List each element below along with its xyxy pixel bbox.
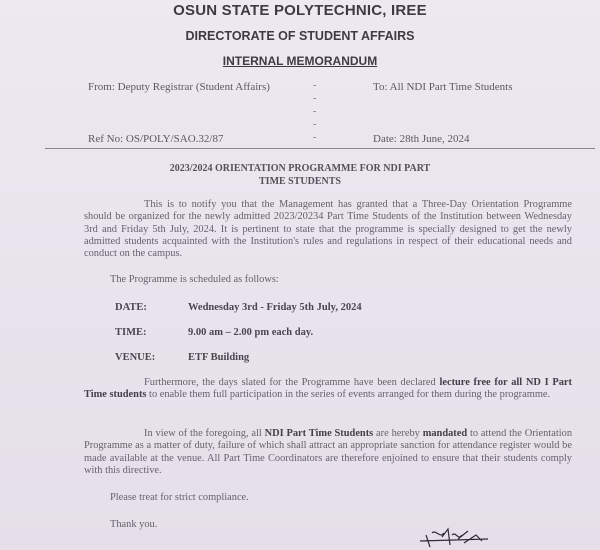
schedule-intro: The Programme is scheduled as follows: — [110, 274, 279, 285]
memo-ref: Ref No: OS/POLY/SAO.32/87 — [88, 133, 224, 145]
intro-paragraph: This is to notify you that the Managemen… — [84, 199, 572, 260]
memo-title: 2023/2024 ORIENTATION PROGRAMME FOR NDI … — [150, 162, 450, 188]
separator-dash: - — [313, 119, 316, 130]
memo-date: Date: 28th June, 2024 — [373, 133, 470, 145]
schedule-date-label: DATE: — [115, 302, 147, 313]
closing-thanks: Thank you. — [110, 519, 157, 530]
memo-title-line1: 2023/2024 ORIENTATION PROGRAMME FOR NDI … — [150, 162, 450, 175]
furthermore-paragraph: Furthermore, the days slated for the Pro… — [84, 377, 572, 402]
institution-name: OSUN STATE POLYTECHNIC, IREE — [0, 2, 600, 19]
schedule-time-value: 9.00 am – 2.00 pm each day. — [188, 327, 313, 338]
separator-dash: - — [313, 132, 316, 143]
header-divider — [45, 148, 595, 149]
separator-dash: - — [313, 80, 316, 91]
separator-dash: - — [313, 93, 316, 104]
schedule-venue-label: VENUE: — [115, 352, 155, 363]
directorate-name: DIRECTORATE OF STUDENT AFFAIRS — [0, 29, 600, 43]
document-type: INTERNAL MEMORANDUM — [0, 54, 600, 68]
signature-icon — [418, 525, 493, 550]
schedule-venue-value: ETF Building — [188, 352, 249, 363]
memo-title-line2: TIME STUDENTS — [150, 175, 450, 188]
mandate-paragraph: In view of the foregoing, all NDI Part T… — [84, 428, 572, 477]
separator-dash: - — [313, 106, 316, 117]
memo-page: OSUN STATE POLYTECHNIC, IREE DIRECTORATE… — [0, 0, 600, 550]
memo-to: To: All NDI Part Time Students — [373, 81, 513, 93]
memo-from: From: Deputy Registrar (Student Affairs) — [88, 81, 270, 93]
schedule-date-value: Wednesday 3rd - Friday 5th July, 2024 — [188, 302, 362, 313]
schedule-time-label: TIME: — [115, 327, 147, 338]
compliance-note: Please treat for strict compliance. — [110, 492, 249, 503]
